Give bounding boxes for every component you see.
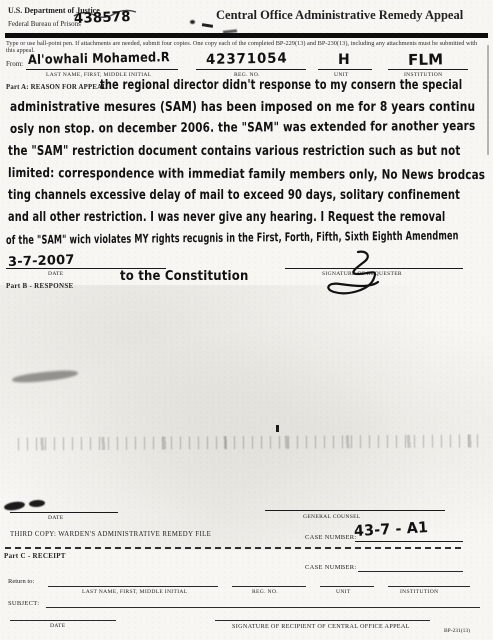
third-copy-label: THIRD COPY: WARDEN'S ADMINISTRATIVE REME… [10, 531, 211, 538]
requester-signature-scribble [318, 248, 390, 300]
scan-smudge [12, 369, 79, 385]
part-c-date-line [10, 620, 116, 621]
part-c-case-number-label: CASE NUMBER: [305, 564, 356, 571]
return-unit-line [320, 586, 374, 587]
part-c-label: Part C - RECEIPT [4, 552, 66, 560]
form-title: Central Office Administrative Remedy App… [216, 8, 463, 23]
general-counsel-line [265, 510, 445, 511]
subject-label: SUBJECT: [8, 600, 39, 607]
part-b-case-number-line [355, 541, 463, 542]
from-label: From: [6, 60, 23, 68]
return-reg-line [232, 586, 306, 587]
handwritten-date: 3-7-2007 [8, 253, 75, 270]
form-number: BP-231(13) [444, 628, 470, 634]
return-institution-line [388, 586, 470, 587]
return-institution-label: INSTITUTION [400, 589, 438, 595]
handwritten-continuation: to the Constitution [120, 269, 248, 284]
subject-line [46, 607, 480, 608]
part-b-case-number-label: CASE NUMBER: [305, 534, 356, 541]
from-name-line [26, 69, 178, 70]
handwritten-line: ting channels excessive delay of mail to… [8, 188, 460, 203]
recipient-signature-label: SIGNATURE OF RECIPIENT OF CENTRAL OFFICE… [232, 623, 410, 630]
return-to-label: Return to: [8, 578, 34, 585]
general-counsel-label: GENERAL COUNSEL [303, 514, 361, 520]
return-unit-label: UNIT [336, 589, 351, 595]
return-name-label: LAST NAME, FIRST, MIDDLE INITIAL [82, 589, 187, 595]
handwritten-case-number: 43-7 - A1 [354, 518, 429, 540]
pen-mark [202, 23, 213, 27]
scan-speckle-band [18, 434, 480, 450]
from-institution-line [388, 69, 468, 70]
header-divider-bar [5, 33, 488, 38]
recipient-signature-line [215, 620, 430, 621]
handwritten-line: the regional director didn't response to… [100, 78, 462, 93]
scanned-form-page: U.S. Department of Justice Federal Burea… [0, 0, 493, 640]
scan-grain-texture [0, 0, 493, 640]
part-c-case-number-line [358, 571, 463, 572]
from-reg-line [196, 69, 306, 70]
scan-speck [276, 425, 279, 432]
bureau-title: Federal Bureau of Prisons [8, 20, 81, 28]
return-reg-label: REG. NO. [252, 589, 278, 595]
date-label: DATE [48, 271, 64, 277]
handwritten-institution: FLM [408, 50, 444, 69]
scan-smudge [4, 500, 26, 511]
handwritten-unit: H [338, 52, 350, 68]
handwritten-name: Al'owhali Mohamed.R [28, 50, 170, 68]
part-b-date-label: DATE [48, 515, 64, 521]
part-b-date-line [10, 512, 118, 513]
part-c-date-label: DATE [50, 623, 66, 629]
handwritten-line: and all other restriction. I was never g… [8, 210, 445, 225]
scan-smudge [29, 499, 45, 507]
handwritten-line: of the "SAM" wich violates MY rights rec… [6, 228, 459, 247]
from-unit-line [318, 69, 372, 70]
section-dashed-separator [5, 547, 461, 549]
return-name-line [48, 586, 218, 587]
handwritten-line: the "SAM" restriction document contains … [8, 144, 460, 159]
part-a-label: Part A: REASON FOR APPEAL [6, 84, 107, 91]
handwritten-line: administrative mesures (SAM) has been im… [10, 100, 475, 115]
handwritten-line: osly non stop. on december 2006. the "SA… [10, 119, 475, 137]
pen-scribble-over-number [72, 8, 140, 20]
part-b-label: Part B - RESPONSE [6, 282, 74, 290]
scan-edge-mark [487, 45, 489, 155]
pen-mark [190, 20, 195, 24]
handwritten-line: limited: correspondence with immediat fa… [8, 166, 485, 183]
handwritten-reg-no: 42371054 [206, 51, 288, 68]
